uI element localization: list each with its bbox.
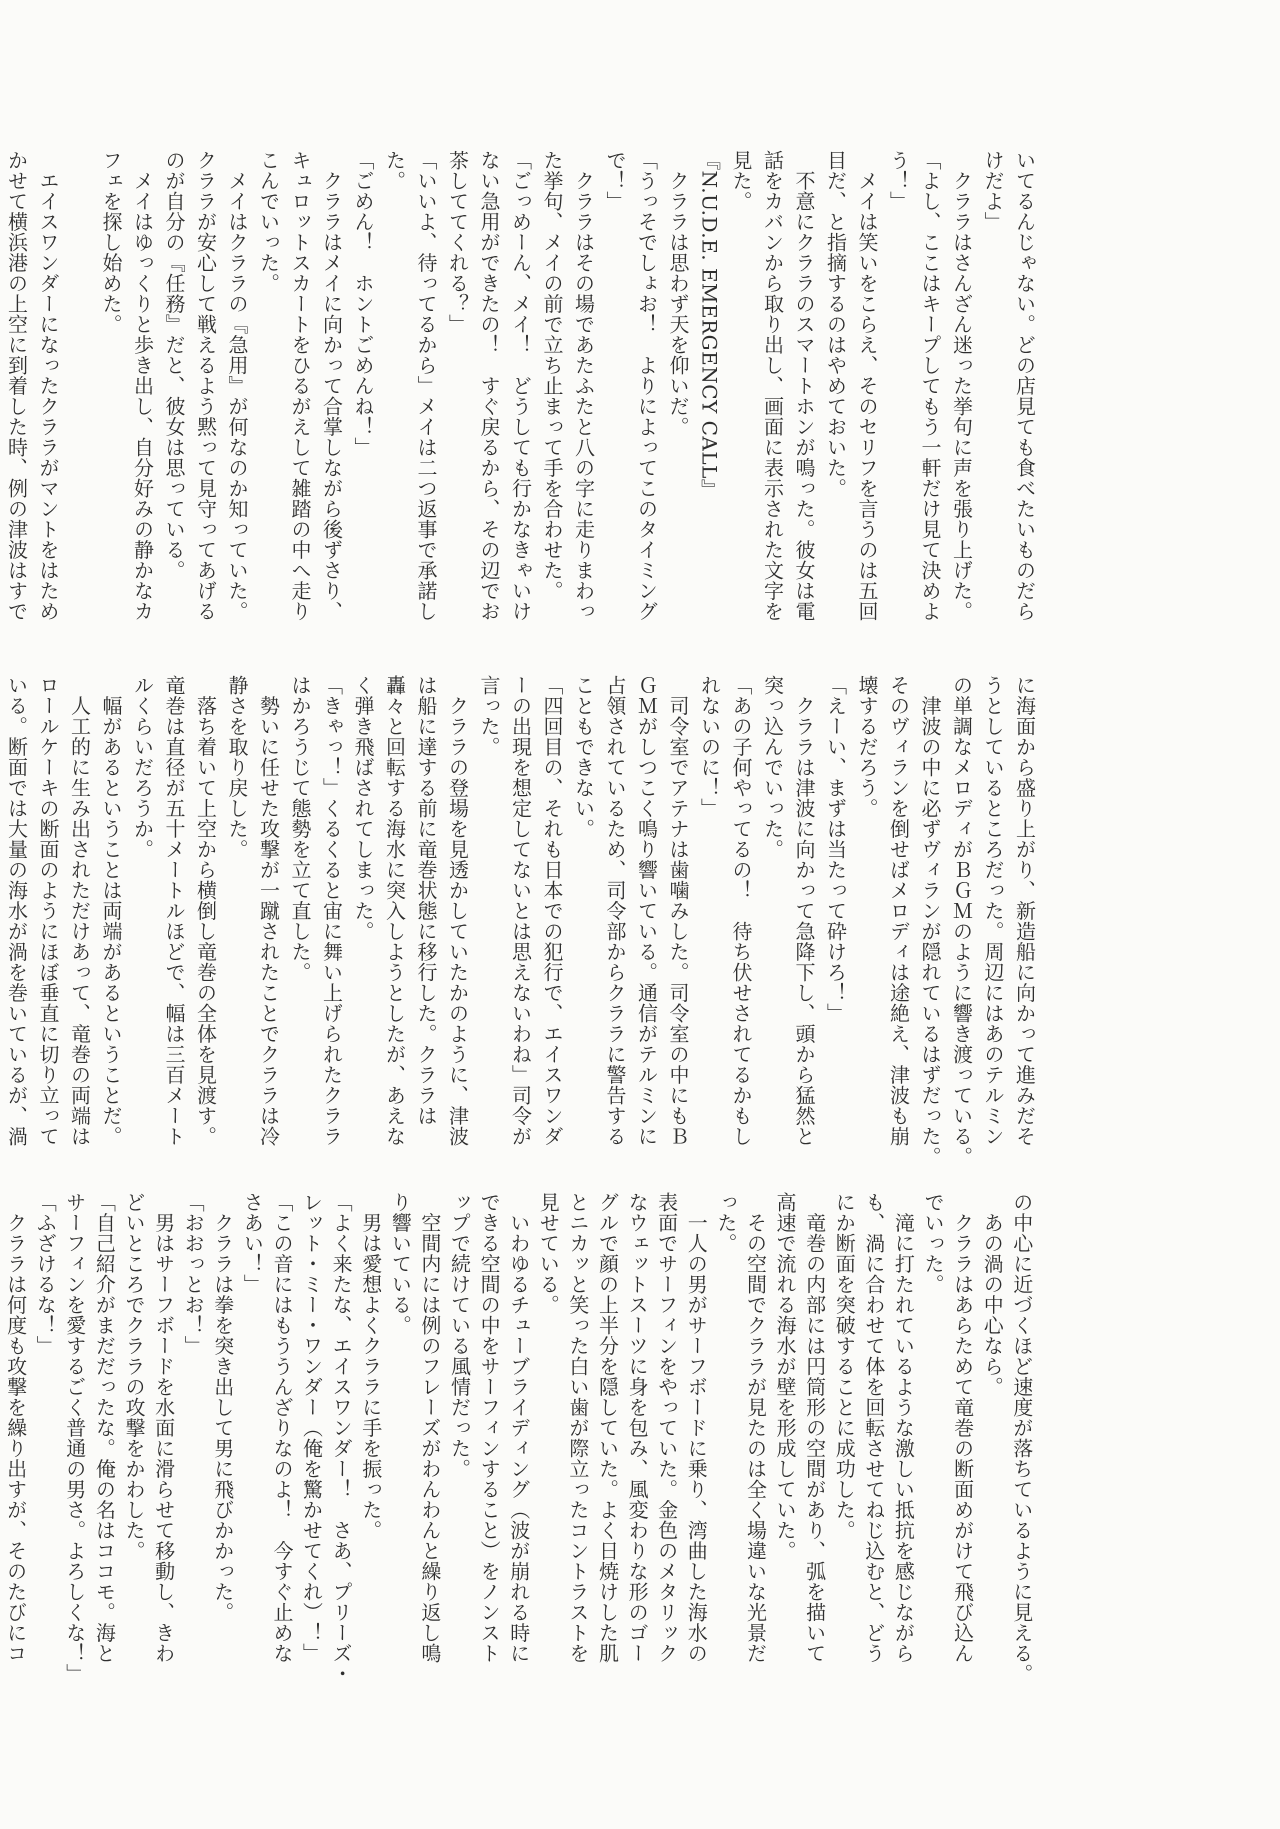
text-column: 幅があるということは両端があるということだ。 bbox=[95, 675, 127, 1175]
text-column: クララはあらためて竜巻の断面めがけて飛び込ん bbox=[947, 1192, 977, 1692]
text-column: できる空間の中をサーフィンすること）をノンスト bbox=[474, 1192, 504, 1692]
text-column: 話をカバンから取り出し、画面に表示された文字を bbox=[756, 150, 788, 650]
text-column: 空間内には例のフレーズがわんわんと繰り返し鳴 bbox=[414, 1192, 444, 1692]
text-column: 占領されているため、司令部からクララに警告する bbox=[599, 675, 631, 1175]
text-column: ップで続けている風情だった。 bbox=[444, 1192, 474, 1692]
text-column: ＧＭがしつこく鳴り響いている。通信がテルミンに bbox=[630, 675, 662, 1175]
text-column: で！」 bbox=[599, 150, 631, 650]
text-column: 竜巻の内部には円筒形の空間があり、弧を描いて bbox=[799, 1192, 829, 1692]
text-column: 言った。 bbox=[473, 675, 505, 1175]
text-column: メイはゆっくりと歩き出し、自分好みの静かなカ bbox=[126, 150, 158, 650]
text-column: 「自己紹介がまだだったな。俺の名はココモ。海と bbox=[89, 1192, 119, 1692]
text-column: 人工的に生み出されただけあって、竜巻の両端は bbox=[63, 675, 95, 1175]
text-column: 「よし、ここはキープしてもう一軒だけ見て決めよ bbox=[914, 150, 946, 650]
text-column: ルくらいだろうか。 bbox=[126, 675, 158, 1175]
text-column: かせて横浜港の上空に到着した時、例の津波はすで bbox=[0, 150, 32, 650]
text-column: 男は愛想よくクララに手を振った。 bbox=[355, 1192, 385, 1692]
text-column: 津波の中に必ずヴィランが隠れているはずだった。 bbox=[914, 675, 946, 1175]
text-column: いる。断面では大量の海水が渦を巻いているが、渦 bbox=[0, 675, 32, 1175]
text-column: こんでいった。 bbox=[252, 150, 284, 650]
text-column: クララは津波に向かって急降下し、頭から猛然と bbox=[788, 675, 820, 1175]
text-column: 「えーい、まずは当たって砕けろ！」 bbox=[819, 675, 851, 1175]
text-column: なウェットスーツに身を包み、風変わりな形のゴー bbox=[621, 1192, 651, 1692]
text-column: 不意にクララのスマートホンが鳴った。彼女は電 bbox=[788, 150, 820, 650]
text-band-1: いてるんじゃない。どの店見ても食べたいものだらけだよ」 クララはさんざん迷った挙… bbox=[0, 150, 1040, 650]
text-column: あの渦の中心なら。 bbox=[977, 1192, 1007, 1692]
text-column: こともできない。 bbox=[567, 675, 599, 1175]
text-column: 見せている。 bbox=[533, 1192, 563, 1692]
text-column: メイは笑いをこらえ、そのセリフを言うのは五回 bbox=[851, 150, 883, 650]
text-column: の単調なメロディがＢＧＭのように響き渡っている。 bbox=[945, 675, 977, 1175]
text-column: クララはその場であたふたと八の字に走りまわっ bbox=[567, 150, 599, 650]
text-column: 茶しててくれる？」 bbox=[441, 150, 473, 650]
text-column: 表面でサーフィンをやっていた。金色のメタリック bbox=[651, 1192, 681, 1692]
text-column: けだよ」 bbox=[977, 150, 1009, 650]
text-column: 「ごめん！ ホントごめんね！」 bbox=[347, 150, 379, 650]
text-column: クララは拳を突き出して男に飛びかかった。 bbox=[207, 1192, 237, 1692]
text-column: に海面から盛り上がり、新造船に向かって進みだそ bbox=[1008, 675, 1040, 1175]
text-column: クララは何度も攻撃を繰り出すが、そのたびにコ bbox=[0, 1192, 30, 1692]
text-column: 「おおっとお！」 bbox=[178, 1192, 208, 1692]
text-column: う！」 bbox=[882, 150, 914, 650]
text-column: そのヴィランを倒せばメロディは途絶え、津波も崩 bbox=[882, 675, 914, 1175]
text-column: とニカッと笑った白い歯が際立ったコントラストを bbox=[562, 1192, 592, 1692]
novel-page: いてるんじゃない。どの店見ても食べたいものだらけだよ」 クララはさんざん迷った挙… bbox=[0, 0, 1280, 1829]
text-column: 男はサーフボードを水面に滑らせて移動し、きわ bbox=[148, 1192, 178, 1692]
text-column: 突っ込んでいった。 bbox=[756, 675, 788, 1175]
text-column: エイスワンダーになったクララがマントをはため bbox=[32, 150, 64, 650]
text-column: た挙句、メイの前で立ち止まって手を合わせた。 bbox=[536, 150, 568, 650]
text-column: 「うっそでしょお！ よりによってこのタイミング bbox=[630, 150, 662, 650]
text-column: フェを探し始めた。 bbox=[95, 150, 127, 650]
text-column: 勢いに任せた攻撃が一蹴されたことでクララは冷 bbox=[252, 675, 284, 1175]
text-column: その空間でクララが見たのは全く場違いな光景だ bbox=[740, 1192, 770, 1692]
text-column: 壊するだろう。 bbox=[851, 675, 883, 1175]
text-column: 目だ、と指摘するのはやめておいた。 bbox=[819, 150, 851, 650]
text-column: クララは思わず天を仰いだ。 bbox=[662, 150, 694, 650]
text-column: グルで顔の上半分を隠していた。よく日焼けした肌 bbox=[592, 1192, 622, 1692]
scene-break-column bbox=[63, 150, 95, 650]
text-column: サーフィンを愛するごく普通の男さ。よろしくな！」 bbox=[59, 1192, 89, 1692]
text-column: メイはクララの『急用』が何なのか知っていた。 bbox=[221, 150, 253, 650]
text-column: ロールケーキの断面のようにほぼ垂直に切り立って bbox=[32, 675, 64, 1175]
text-column: いわゆるチューブライディング（波が崩れる時に bbox=[503, 1192, 533, 1692]
text-column: 滝に打たれているような激しい抵抗を感じながら bbox=[888, 1192, 918, 1692]
text-column: さあい！」 bbox=[237, 1192, 267, 1692]
text-band-2: に海面から盛り上がり、新造船に向かって進みだそうとしているところだった。周辺には… bbox=[0, 675, 1040, 1175]
text-column: 「よく来たな、エイスワンダー！ さあ、プリーズ・ bbox=[326, 1192, 356, 1692]
text-column: 「この音にはもううんざりなのよ！ 今すぐ止めな bbox=[266, 1192, 296, 1692]
text-column: 「いいよ、待ってるから」メイは二つ返事で承諾し bbox=[410, 150, 442, 650]
text-column: った。 bbox=[710, 1192, 740, 1692]
text-column: ない急用ができたの！ すぐ戻るから、その辺でお bbox=[473, 150, 505, 650]
text-column: 「四回目の、それも日本での犯行で、エイスワンダ bbox=[536, 675, 568, 1175]
text-column: 司令室でアテナは歯噛みした。司令室の中にもＢ bbox=[662, 675, 694, 1175]
text-column: は船に達する前に竜巻状態に移行した。クララは bbox=[410, 675, 442, 1175]
text-column: 静さを取り戻した。 bbox=[221, 675, 253, 1175]
text-column: 「あの子何やってるの！ 待ち伏せされてるかもし bbox=[725, 675, 757, 1175]
text-column: はかろうじて態勢を立て直した。 bbox=[284, 675, 316, 1175]
text-column: クララはメイに向かって合掌しながら後ずさり、 bbox=[315, 150, 347, 650]
text-column: 轟々と回転する海水に突入しようとしたが、あえな bbox=[378, 675, 410, 1175]
text-column: も、渦に合わせて体を回転させてねじ込むと、どう bbox=[858, 1192, 888, 1692]
text-column: でいった。 bbox=[917, 1192, 947, 1692]
text-column: の中心に近づくほど速度が落ちているように見える。 bbox=[1006, 1192, 1036, 1692]
text-column: 落ち着いて上空から横倒し竜巻の全体を見渡す。 bbox=[189, 675, 221, 1175]
text-column: ーの出現を想定してないとは思えないわね」司令が bbox=[504, 675, 536, 1175]
text-column: にか断面を突破することに成功した。 bbox=[829, 1192, 859, 1692]
text-column: キュロットスカートをひるがえして雑踏の中へ走り bbox=[284, 150, 316, 650]
text-column: 「ごっめーん、メイ！ どうしても行かなきゃいけ bbox=[504, 150, 536, 650]
text-column: 見た。 bbox=[725, 150, 757, 650]
text-column: 「きゃっ！」くるくると宙に舞い上げられたクララ bbox=[315, 675, 347, 1175]
text-column: クララはさんざん迷った挙句に声を張り上げた。 bbox=[945, 150, 977, 650]
text-column: 竜巻は直径が五十メートルほどで、幅は三百メート bbox=[158, 675, 190, 1175]
text-column: 高速で流れる海水が壁を形成していた。 bbox=[769, 1192, 799, 1692]
text-column: うとしているところだった。周辺にはあのテルミン bbox=[977, 675, 1009, 1175]
text-column: 『N.U.D.E. EMERGENCY CALL』 bbox=[693, 150, 725, 650]
text-column: く弾き飛ばされてしまった。 bbox=[347, 675, 379, 1175]
text-column: た。 bbox=[378, 150, 410, 650]
text-column: レット・ミー・ワンダー（俺を驚かせてくれ）！」 bbox=[296, 1192, 326, 1692]
text-column: いてるんじゃない。どの店見ても食べたいものだら bbox=[1008, 150, 1040, 650]
text-column: のが自分の『任務』だと、彼女は思っている。 bbox=[158, 150, 190, 650]
text-column: クララの登場を見透かしていたかのように、津波 bbox=[441, 675, 473, 1175]
text-column: れないのに！」 bbox=[693, 675, 725, 1175]
text-column: 「ふざけるな！」 bbox=[30, 1192, 60, 1692]
text-column: クララが安心して戦えるよう黙って見守ってあげる bbox=[189, 150, 221, 650]
text-band-3: の中心に近づくほど速度が落ちているように見える。 あの渦の中心なら。 クララはあ… bbox=[0, 1192, 1036, 1692]
text-column: 一人の男がサーフボードに乗り、湾曲した海水の bbox=[681, 1192, 711, 1692]
text-column: り響いている。 bbox=[385, 1192, 415, 1692]
text-column: どいところでクララの攻撃をかわした。 bbox=[118, 1192, 148, 1692]
